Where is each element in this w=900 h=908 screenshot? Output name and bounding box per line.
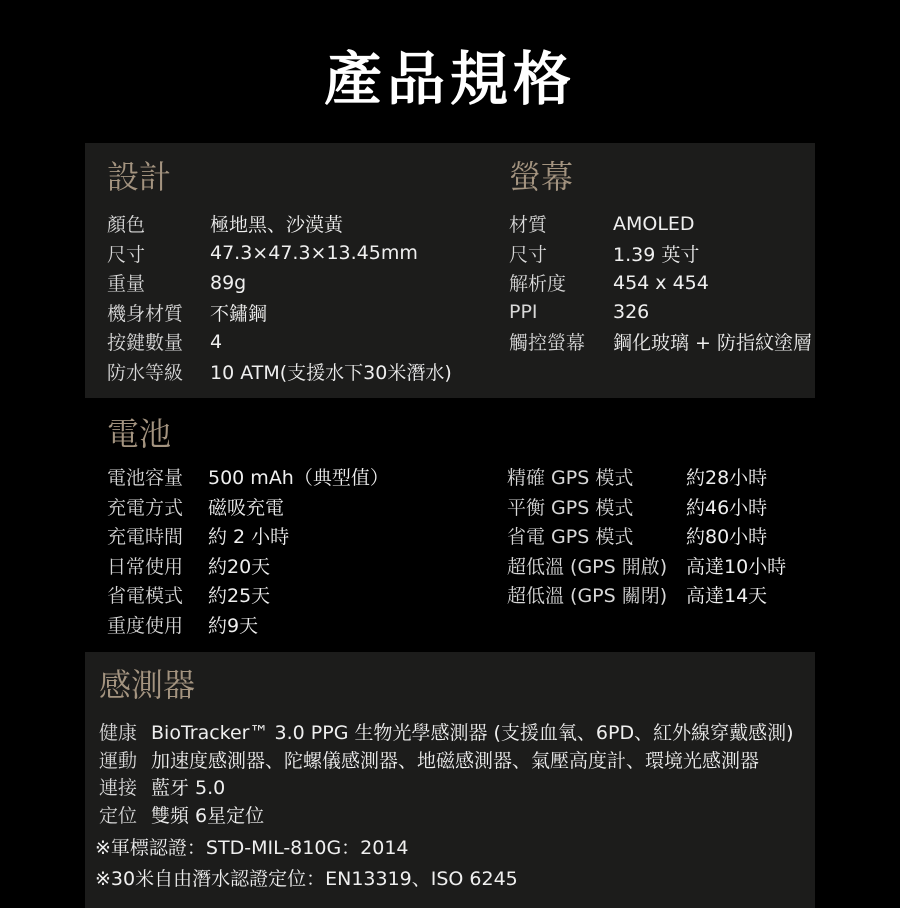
spec-value: 極地黑、沙漠黃 xyxy=(210,210,343,237)
battery-left-rows: 電池容量500 mAh（典型值） 充電方式磁吸充電 充電時間約 2 小時 日常使… xyxy=(107,462,499,639)
spec-value: 鋼化玻璃 + 防指紋塗層 xyxy=(613,328,812,355)
spec-label: 機身材質 xyxy=(107,299,210,326)
battery-left-column: 電池 電池容量500 mAh（典型值） 充電方式磁吸充電 充電時間約 2 小時 … xyxy=(107,414,499,639)
spec-label: 重量 xyxy=(107,269,210,296)
spec-value: 454 x 454 xyxy=(613,272,709,294)
sensor-row: 健康BioTracker™ 3.0 PPG 生物光學感測器 (支援血氧、6PD、… xyxy=(99,718,805,746)
spec-value: 約20天 xyxy=(208,552,270,579)
spec-label: 充電時間 xyxy=(107,522,208,549)
spec-value: 磁吸充電 xyxy=(208,493,284,520)
spec-value: 約80小時 xyxy=(686,522,767,549)
panel-sensors: 感測器 健康BioTracker™ 3.0 PPG 生物光學感測器 (支援血氧、… xyxy=(85,652,815,908)
spec-row: 省電模式約25天 xyxy=(107,580,499,610)
spec-label: 防水等級 xyxy=(107,358,210,385)
section-title-battery: 電池 xyxy=(107,414,499,454)
spec-value: 雙頻 6星定位 xyxy=(151,801,264,828)
panel-design-screen: 設計 顏色極地黑、沙漠黃 尺寸47.3×47.3×13.45mm 重量89g 機… xyxy=(85,143,815,398)
spec-label: 日常使用 xyxy=(107,552,208,579)
sensor-row: 定位雙頻 6星定位 xyxy=(99,801,805,829)
spec-value: 約46小時 xyxy=(686,493,767,520)
spec-label: 健康 xyxy=(99,718,137,745)
section-title-sensors: 感測器 xyxy=(99,665,805,705)
spec-label: 定位 xyxy=(99,801,137,828)
spec-row: 尺寸1.39 英寸 xyxy=(509,239,809,269)
spec-row: 省電 GPS 模式約80小時 xyxy=(507,521,813,551)
spec-value: 藍牙 5.0 xyxy=(151,773,225,800)
spec-label: 超低溫 (GPS 開啟) xyxy=(507,552,686,579)
spec-row: 防水等級10 ATM(支援水下30米潛水) xyxy=(107,357,499,387)
screen-rows: 材質AMOLED 尺寸1.39 英寸 解析度454 x 454 PPI326 觸… xyxy=(509,209,809,357)
spec-label: 電池容量 xyxy=(107,463,208,490)
spec-label: 精確 GPS 模式 xyxy=(507,463,686,490)
battery-right-column: 精確 GPS 模式約28小時 平衡 GPS 模式約46小時 省電 GPS 模式約… xyxy=(507,462,813,610)
spec-label: 尺寸 xyxy=(107,240,210,267)
spec-value: BioTracker™ 3.0 PPG 生物光學感測器 (支援血氧、6PD、紅外… xyxy=(151,718,794,745)
spec-row: 材質AMOLED xyxy=(509,209,809,239)
spec-value: 4 xyxy=(210,331,222,353)
spec-row: 平衡 GPS 模式約46小時 xyxy=(507,492,813,522)
spec-value: 10 ATM(支援水下30米潛水) xyxy=(210,358,452,385)
spec-value: 89g xyxy=(210,272,246,294)
certification-notes: ※軍標認證：STD-MIL-810G：2014 ※30米自由潛水認證定位：EN1… xyxy=(95,833,805,895)
design-rows: 顏色極地黑、沙漠黃 尺寸47.3×47.3×13.45mm 重量89g 機身材質… xyxy=(107,209,499,386)
spec-value: 高達10小時 xyxy=(686,552,786,579)
sensor-row: 運動加速度感測器、陀螺儀感測器、地磁感測器、氣壓高度計、環境光感測器 xyxy=(99,746,805,774)
spec-row: 顏色極地黑、沙漠黃 xyxy=(107,209,499,239)
spec-value: 約28小時 xyxy=(686,463,767,490)
spec-label: 省電模式 xyxy=(107,581,208,608)
spec-row: PPI326 xyxy=(509,298,809,328)
spec-label: 省電 GPS 模式 xyxy=(507,522,686,549)
note-line: ※軍標認證：STD-MIL-810G：2014 xyxy=(95,833,805,864)
spec-row: 日常使用約20天 xyxy=(107,551,499,581)
spec-value: 加速度感測器、陀螺儀感測器、地磁感測器、氣壓高度計、環境光感測器 xyxy=(151,746,759,773)
spec-row: 超低溫 (GPS 開啟)高達10小時 xyxy=(507,551,813,581)
spec-row: 解析度454 x 454 xyxy=(509,268,809,298)
spec-value: 47.3×47.3×13.45mm xyxy=(210,242,418,264)
spec-value: 326 xyxy=(613,301,649,323)
spec-row: 重量89g xyxy=(107,268,499,298)
spec-row: 觸控螢幕鋼化玻璃 + 防指紋塗層 xyxy=(509,327,809,357)
sensor-row: 連接藍牙 5.0 xyxy=(99,773,805,801)
spec-value: 不鏽鋼 xyxy=(210,299,267,326)
spec-row: 機身材質不鏽鋼 xyxy=(107,298,499,328)
spec-label: 材質 xyxy=(509,210,613,237)
spec-label: PPI xyxy=(509,301,613,323)
spec-label: 顏色 xyxy=(107,210,210,237)
spec-label: 超低溫 (GPS 關閉) xyxy=(507,581,686,608)
section-sensors: 感測器 健康BioTracker™ 3.0 PPG 生物光學感測器 (支援血氧、… xyxy=(99,665,805,895)
section-battery: 電池 電池容量500 mAh（典型值） 充電方式磁吸充電 充電時間約 2 小時 … xyxy=(85,398,815,652)
section-title-screen: 螢幕 xyxy=(509,157,809,197)
spec-row: 充電時間約 2 小時 xyxy=(107,521,499,551)
spec-value: 約9天 xyxy=(208,611,258,638)
spec-label: 重度使用 xyxy=(107,611,208,638)
spec-label: 尺寸 xyxy=(509,240,613,267)
spec-row: 超低溫 (GPS 關閉)高達14天 xyxy=(507,580,813,610)
section-design: 設計 顏色極地黑、沙漠黃 尺寸47.3×47.3×13.45mm 重量89g 機… xyxy=(107,157,499,386)
spec-label: 觸控螢幕 xyxy=(509,328,613,355)
spec-label: 充電方式 xyxy=(107,493,208,520)
spec-row: 重度使用約9天 xyxy=(107,610,499,640)
page-title: 產品規格 xyxy=(0,32,900,116)
spec-value: AMOLED xyxy=(613,213,695,235)
spec-label: 連接 xyxy=(99,773,137,800)
spec-row: 電池容量500 mAh（典型值） xyxy=(107,462,499,492)
spec-value: 高達14天 xyxy=(686,581,767,608)
section-title-design: 設計 xyxy=(107,157,499,197)
spec-label: 運動 xyxy=(99,746,137,773)
spec-row: 充電方式磁吸充電 xyxy=(107,492,499,522)
section-screen: 螢幕 材質AMOLED 尺寸1.39 英寸 解析度454 x 454 PPI32… xyxy=(509,157,809,357)
spec-label: 平衡 GPS 模式 xyxy=(507,493,686,520)
spec-row: 尺寸47.3×47.3×13.45mm xyxy=(107,239,499,269)
spec-value: 1.39 英寸 xyxy=(613,240,699,267)
note-line: ※30米自由潛水認證定位：EN13319、ISO 6245 xyxy=(95,864,805,895)
spec-value: 約25天 xyxy=(208,581,270,608)
spec-value: 約 2 小時 xyxy=(208,522,289,549)
spec-label: 解析度 xyxy=(509,269,613,296)
spec-row: 按鍵數量4 xyxy=(107,327,499,357)
spec-row: 精確 GPS 模式約28小時 xyxy=(507,462,813,492)
sensor-rows: 健康BioTracker™ 3.0 PPG 生物光學感測器 (支援血氧、6PD、… xyxy=(99,718,805,828)
spec-value: 500 mAh（典型值） xyxy=(208,463,389,490)
spec-label: 按鍵數量 xyxy=(107,328,210,355)
